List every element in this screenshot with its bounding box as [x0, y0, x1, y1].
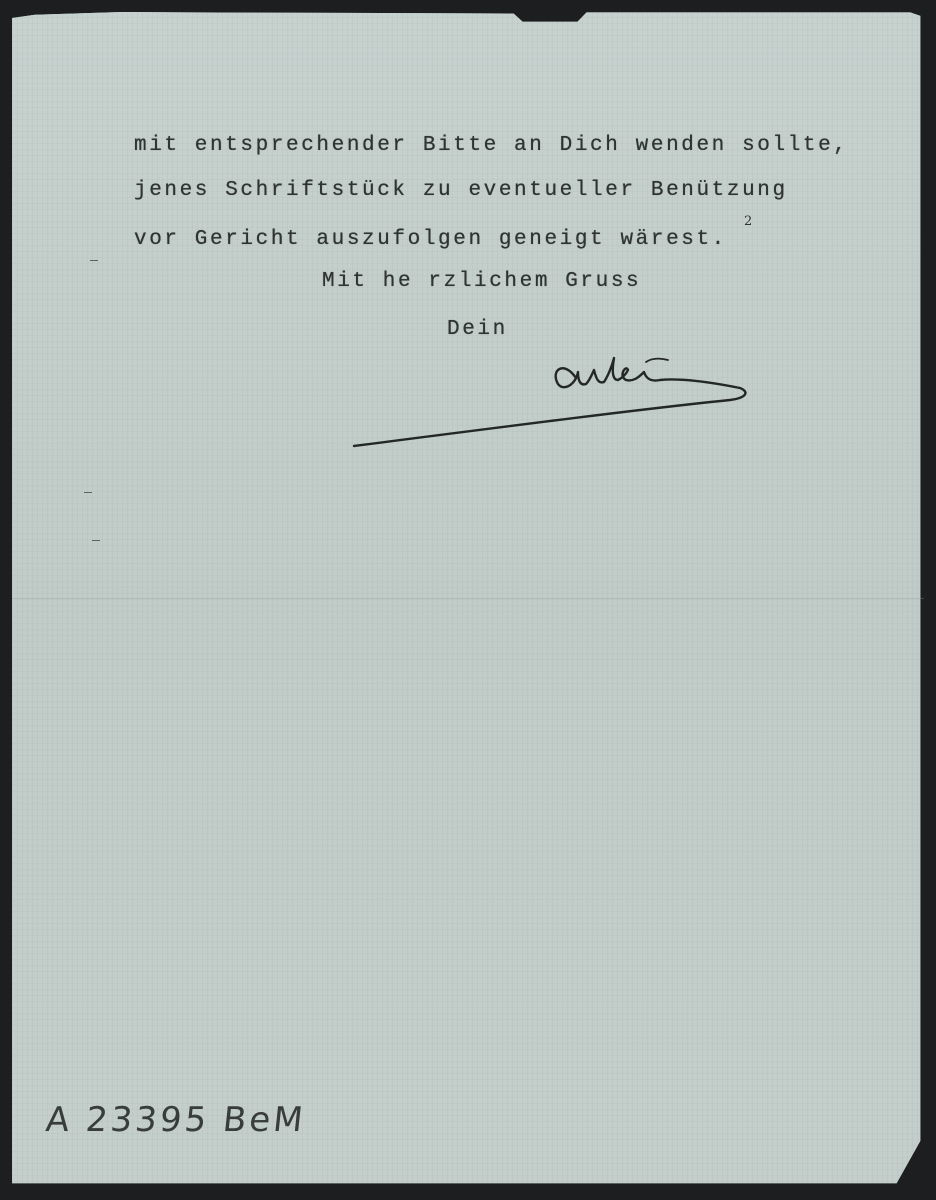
footnote-marker: 2 — [744, 214, 752, 229]
margin-tick — [84, 492, 92, 493]
handwritten-signature-icon — [350, 340, 760, 460]
paper-fold-line — [12, 598, 924, 599]
margin-tick — [92, 540, 100, 541]
body-line-2: jenes Schriftstück zu eventueller Benütz… — [134, 179, 788, 202]
margin-tick — [90, 260, 98, 261]
archive-shelfmark: A 23395 BeM — [44, 1100, 308, 1140]
body-line-1: mit entsprechender Bitte an Dich wenden … — [134, 134, 849, 157]
closing-greeting: Mit he rzlichem Gruss — [322, 270, 641, 293]
valediction: Dein — [447, 318, 508, 341]
body-line-3: vor Gericht auszufolgen geneigt wärest. — [134, 228, 727, 251]
